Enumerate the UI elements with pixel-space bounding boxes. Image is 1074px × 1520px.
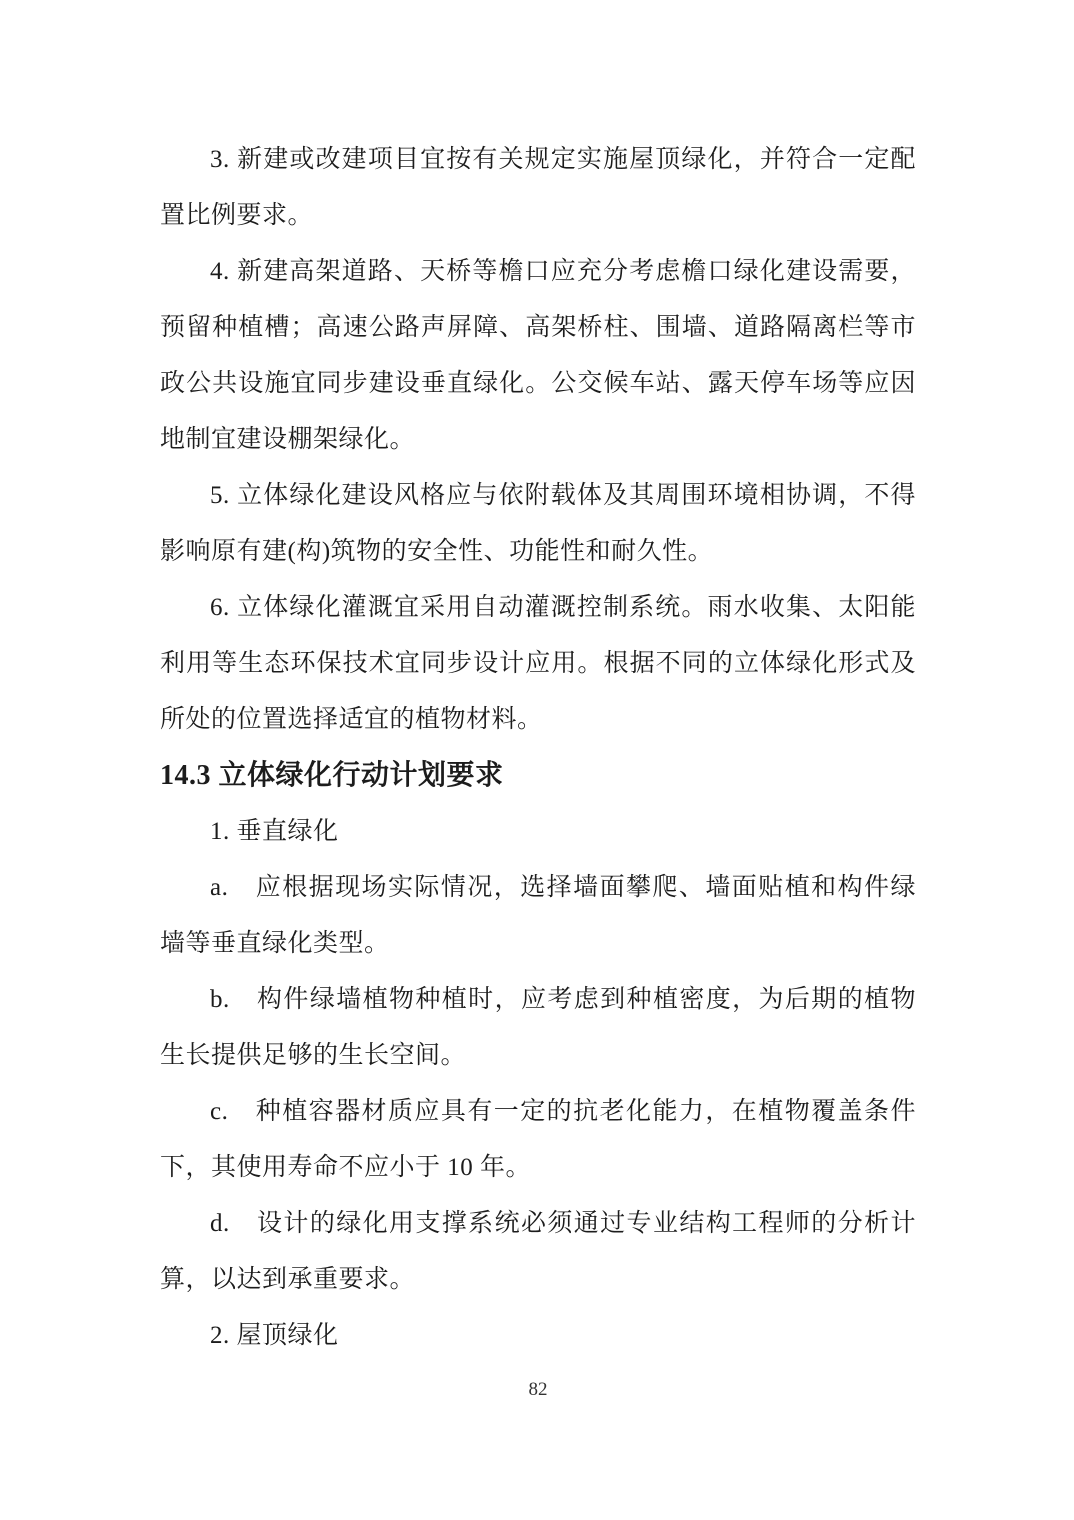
page-number: 82 [160,1378,916,1402]
paragraph-item-b: b. 构件绿墙植物种植时，应考虑到种植密度，为后期的植物生长提供足够的生长空间。 [160,972,916,1084]
paragraph-item-1-vertical-greening: 1. 垂直绿化 [160,804,916,860]
paragraph-item-d: d. 设计的绿化用支撑系统必须通过专业结构工程师的分析计算，以达到承重要求。 [160,1196,916,1308]
paragraph-item-c: c. 种植容器材质应具有一定的抗老化能力，在植物覆盖条件下，其使用寿命不应小于 … [160,1084,916,1196]
paragraph-item-4: 4. 新建高架道路、天桥等檐口应充分考虑檐口绿化建设需要，预留种植槽；高速公路声… [160,244,916,468]
text-column: 3. 新建或改建项目宜按有关规定实施屋顶绿化，并符合一定配置比例要求。 4. 新… [160,132,916,1364]
paragraph-item-3: 3. 新建或改建项目宜按有关规定实施屋顶绿化，并符合一定配置比例要求。 [160,132,916,244]
paragraph-item-2-roof-greening: 2. 屋顶绿化 [160,1308,916,1364]
paragraph-item-6: 6. 立体绿化灌溉宜采用自动灌溉控制系统。雨水收集、太阳能利用等生态环保技术宜同… [160,580,916,748]
document-page: 3. 新建或改建项目宜按有关规定实施屋顶绿化，并符合一定配置比例要求。 4. 新… [0,0,1074,1520]
paragraph-item-a: a. 应根据现场实际情况，选择墙面攀爬、墙面贴植和构件绿墙等垂直绿化类型。 [160,860,916,972]
section-heading-14-3: 14.3 立体绿化行动计划要求 [160,748,916,804]
paragraph-item-5: 5. 立体绿化建设风格应与依附载体及其周围环境相协调，不得影响原有建(构)筑物的… [160,468,916,580]
